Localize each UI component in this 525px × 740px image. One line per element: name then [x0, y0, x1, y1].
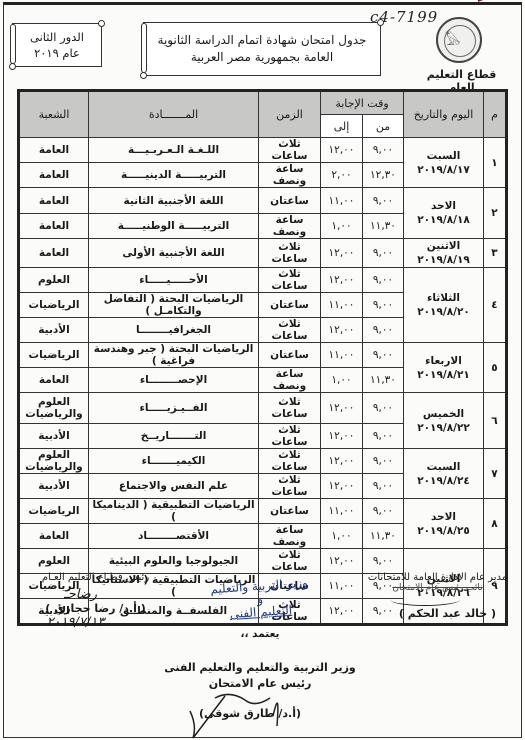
subject-cell: علم النفس والاجتماع [89, 474, 259, 499]
exam-date: ٢٠١٩/٨/١٩ [404, 253, 483, 267]
day-number: ٥ [484, 343, 507, 393]
exam-date: ٢٠١٩/٨/١٧ [404, 163, 483, 177]
table-row: ٩الاثنين٢٠١٩/٨/٢٦٩,٠٠١٢,٠٠ثلاث ساعاتالجي… [19, 549, 507, 574]
day-name: السبت [404, 460, 483, 474]
right-subtitle: نائب رئيس عام الامتحان [355, 583, 520, 593]
subject-cell: الإحصــــــــاء [89, 368, 259, 393]
eagle-icon: 𓅃 [445, 26, 461, 50]
right-title: مدير عام الإدارة العامة للامتحانات [355, 572, 520, 583]
time-to: ١٢,٠٠ [321, 393, 363, 424]
time-from: ٩,٠٠ [363, 239, 404, 268]
duration-cell: ساعة ونصف [259, 214, 321, 239]
time-from: ٩,٠٠ [363, 138, 404, 163]
time-to: ١١,٠٠ [321, 188, 363, 214]
time-from: ٩,٠٠ [363, 424, 404, 449]
duration-cell: ثلاث ساعات [259, 424, 321, 449]
day-name: الاربعاء [404, 354, 483, 368]
header-to: إلى [321, 115, 363, 138]
time-to: ١٢,٠٠ [321, 239, 363, 268]
exam-date: ٢٠١٩/٨/٢٢ [404, 421, 483, 435]
header-answer-time: وقت الإجابة [321, 91, 404, 115]
title-banner: جدول امتحان شهادة اتمام الدراسة الثانوية… [143, 22, 381, 76]
branch-cell: العامة [19, 138, 89, 163]
time-from: ١١,٣٠ [363, 214, 404, 239]
time-to: ١٢,٠٠ [321, 474, 363, 499]
day-date-cell: الاثنين٢٠١٩/٨/١٩ [404, 239, 484, 268]
header-from: من [363, 115, 404, 138]
title-line-2: العامة بجمهورية مصر العربية [158, 49, 367, 66]
branch-cell: العامة [19, 214, 89, 239]
day-number: ٧ [484, 449, 507, 499]
round-line-1: الدور الثانى [30, 29, 84, 45]
duration-cell: ساعتان [259, 343, 321, 368]
time-from: ٩,٠٠ [363, 499, 404, 524]
duration-cell: ثلاث ساعات [259, 449, 321, 474]
time-to: ١,٠٠ [321, 368, 363, 393]
branch-cell: العامة [19, 239, 89, 268]
subject-cell: التربيـــــة الدينيـــــة [89, 163, 259, 188]
duration-cell: ثلاث ساعات [259, 549, 321, 574]
header-day-date: اليوم والتاريخ [404, 91, 484, 138]
table-row: ١السبت٢٠١٩/٨/١٧٩,٠٠١٢,٠٠ثلاث ساعاتاللـغـ… [19, 138, 507, 163]
time-from: ١١,٣٠ [363, 368, 404, 393]
duration-cell: ثلاث ساعات [259, 239, 321, 268]
header-subject: المـــــــادة [89, 91, 259, 138]
exam-date: ٢٠١٩/٨/٢٤ [404, 474, 483, 488]
day-date-cell: الثلاثاء٢٠١٩/٨/٢٠ [404, 268, 484, 343]
subject-cell: اللغة الأجنبية الأولى [89, 239, 259, 268]
day-name: الاثنين [404, 239, 483, 253]
table-row: ٧السبت٢٠١٩/٨/٢٤٩,٠٠١٢,٠٠ثلاث ساعاتالكيمي… [19, 449, 507, 474]
branch-cell: العامة [19, 163, 89, 188]
day-date-cell: الاحد٢٠١٩/٨/١٨ [404, 188, 484, 239]
left-name: ( أ.د/ رضا حجازي ) [8, 602, 183, 615]
time-from: ٩,٠٠ [363, 318, 404, 343]
day-date-cell: السبت٢٠١٩/٨/١٧ [404, 138, 484, 188]
branch-cell: الأدبية [19, 318, 89, 343]
duration-cell: ساعة ونصف [259, 524, 321, 549]
left-date: ٢٠١٩/٧/١٣ [0, 615, 183, 630]
day-date-cell: الخميس٢٠١٩/٨/٢٢ [404, 393, 484, 449]
duration-cell: ساعتان [259, 499, 321, 524]
duration-cell: ثلاث ساعات [259, 138, 321, 163]
right-name: ( خالد عبد الحكم ) [355, 607, 525, 620]
approve-label: يعتمد ،، [160, 628, 360, 640]
minister-stamp: وزير التربية والتعليم و التعليم الفنى [199, 576, 321, 623]
branch-cell: العامة [19, 368, 89, 393]
branch-cell: الأدبية [19, 474, 89, 499]
subject-cell: الأحـــــيـــــاء [89, 268, 259, 293]
subject-cell: التربيـــــة الوطنيـــــة [89, 214, 259, 239]
left-handwritten: رضاحـ [8, 587, 153, 602]
duration-cell: ثلاث ساعات [259, 268, 321, 293]
subject-cell: اللغة الأجنبية الثانية [89, 188, 259, 214]
table-row: ٥الاربعاء٢٠١٩/٨/٢١٩,٠٠١١,٠٠ساعتانالرياضي… [19, 343, 507, 368]
time-to: ١١,٠٠ [321, 293, 363, 318]
signature-right: مدير عام الإدارة العامة للامتحانات نائب … [355, 572, 520, 620]
time-from: ٩,٠٠ [363, 188, 404, 214]
subject-cell: الرياضيات التطبيقية ( الديناميكا ) [89, 499, 259, 524]
round-banner: الدور الثانى عام ٢٠١٩ [12, 23, 102, 67]
minister-signature [185, 686, 315, 740]
subject-cell: الرياضيات البحتة ( التفاضل والتكامـل ) [89, 293, 259, 318]
exam-date: ٢٠١٩/٨/١٨ [404, 213, 483, 227]
time-to: ١,٠٠ [321, 524, 363, 549]
time-from: ٩,٠٠ [363, 449, 404, 474]
duration-cell: ثلاث ساعات [259, 474, 321, 499]
day-number: ٣ [484, 239, 507, 268]
time-from: ٩,٠٠ [363, 268, 404, 293]
duration-cell: ساعة ونصف [259, 368, 321, 393]
header-duration: الزمن [259, 91, 321, 138]
title-line-1: جدول امتحان شهادة اتمام الدراسة الثانوية [158, 32, 367, 49]
branch-cell: العلوم والرياضيات [19, 393, 89, 424]
time-to: ١٢,٠٠ [321, 138, 363, 163]
subject-cell: الجغرافيــــــــا [89, 318, 259, 343]
day-number: ٢ [484, 188, 507, 239]
table-row: ٢الاحد٢٠١٩/٨/١٨٩,٠٠١١,٠٠ساعتاناللغة الأج… [19, 188, 507, 214]
day-name: الثلاثاء [404, 291, 483, 305]
time-to: ٢,٠٠ [321, 163, 363, 188]
branch-cell: العامة [19, 524, 89, 549]
subject-cell: الجيولوجيا والعلوم البيئية [89, 549, 259, 574]
table-row: ٨الاحد٢٠١٩/٨/٢٥٩,٠٠١١,٠٠ساعتانالرياضيات … [19, 499, 507, 524]
duration-cell: ساعة ونصف [259, 163, 321, 188]
day-name: الاحد [404, 199, 483, 213]
time-from: ٩,٠٠ [363, 343, 404, 368]
exam-date: ٢٠١٩/٨/٢٥ [404, 524, 483, 538]
subject-cell: الكيميـــــــاء [89, 449, 259, 474]
day-number: ٨ [484, 499, 507, 549]
duration-cell: ساعتان [259, 188, 321, 214]
subject-cell: الفــيـزيـــــاء [89, 393, 259, 424]
day-date-cell: الاحد٢٠١٩/٨/٢٥ [404, 499, 484, 549]
time-from: ٩,٠٠ [363, 293, 404, 318]
day-number: ٦ [484, 393, 507, 449]
day-number: ٤ [484, 268, 507, 343]
signature-left: رئيس قطـاع التعليم العـام رضاحـ ( أ.د/ ر… [8, 572, 183, 630]
branch-cell: العلوم [19, 268, 89, 293]
table-row: ٤الثلاثاء٢٠١٩/٨/٢٠٩,٠٠١٢,٠٠ثلاث ساعاتالأ… [19, 268, 507, 293]
subject-cell: الرياضيات البحتة ( جبر وهندسة فراغية ) [89, 343, 259, 368]
time-to: ١١,٠٠ [321, 499, 363, 524]
day-name: الخميس [404, 407, 483, 421]
day-name: السبت [404, 149, 483, 163]
day-number: ١ [484, 138, 507, 188]
time-to: ١,٠٠ [321, 214, 363, 239]
subject-cell: الأقتصــــــــاد [89, 524, 259, 549]
duration-cell: ثلاث ساعات [259, 393, 321, 424]
table-row: ٣الاثنين٢٠١٩/٨/١٩٩,٠٠١٢,٠٠ثلاث ساعاتاللغ… [19, 239, 507, 268]
subject-cell: اللـغـة الـعـربـيـــة [89, 138, 259, 163]
branch-cell: الرياضيات [19, 293, 89, 318]
right-signature-scribble [355, 593, 520, 607]
branch-cell: الرياضيات [19, 343, 89, 368]
time-to: ١٢,٠٠ [321, 449, 363, 474]
branch-cell: العلوم والرياضيات [19, 449, 89, 474]
exam-schedule-table: م اليوم والتاريخ وقت الإجابة الزمن المــ… [17, 89, 508, 626]
time-to: ١٢,٠٠ [321, 318, 363, 343]
branch-cell: الرياضيات [19, 499, 89, 524]
table-row: ٦الخميس٢٠١٩/٨/٢٢٩,٠٠١٢,٠٠ثلاث ساعاتالفــ… [19, 393, 507, 424]
time-to: ١٢,٠٠ [321, 424, 363, 449]
branch-cell: العامة [19, 188, 89, 214]
round-line-2: عام ٢٠١٩ [30, 45, 84, 61]
time-from: ١٢,٣٠ [363, 163, 404, 188]
header-num: م [484, 91, 507, 138]
time-from: ٩,٠٠ [363, 474, 404, 499]
exam-date: ٢٠١٩/٨/٢٠ [404, 305, 483, 319]
time-to: ١١,٠٠ [321, 343, 363, 368]
time-to: ١٢,٠٠ [321, 268, 363, 293]
day-name: الاحد [404, 510, 483, 524]
subject-cell: التـــــــاريــخ [89, 424, 259, 449]
branch-cell: الأدبية [19, 424, 89, 449]
exam-date: ٢٠١٩/٨/٢١ [404, 368, 483, 382]
duration-cell: ساعتان [259, 293, 321, 318]
day-date-cell: الاربعاء٢٠١٩/٨/٢١ [404, 343, 484, 393]
time-to: ١٢,٠٠ [321, 549, 363, 574]
time-from: ٩,٠٠ [363, 549, 404, 574]
minister-title: وزير التربية والتعليم والتعليم الفنى [140, 660, 380, 676]
left-title: رئيس قطـاع التعليم العـام [8, 572, 183, 583]
time-from: ٩,٠٠ [363, 393, 404, 424]
header-branch: الشعبة [19, 91, 89, 138]
branch-cell: العلوم [19, 549, 89, 574]
day-date-cell: السبت٢٠١٩/٨/٢٤ [404, 449, 484, 499]
time-from: ١١,٣٠ [363, 524, 404, 549]
duration-cell: ثلاث ساعات [259, 318, 321, 343]
